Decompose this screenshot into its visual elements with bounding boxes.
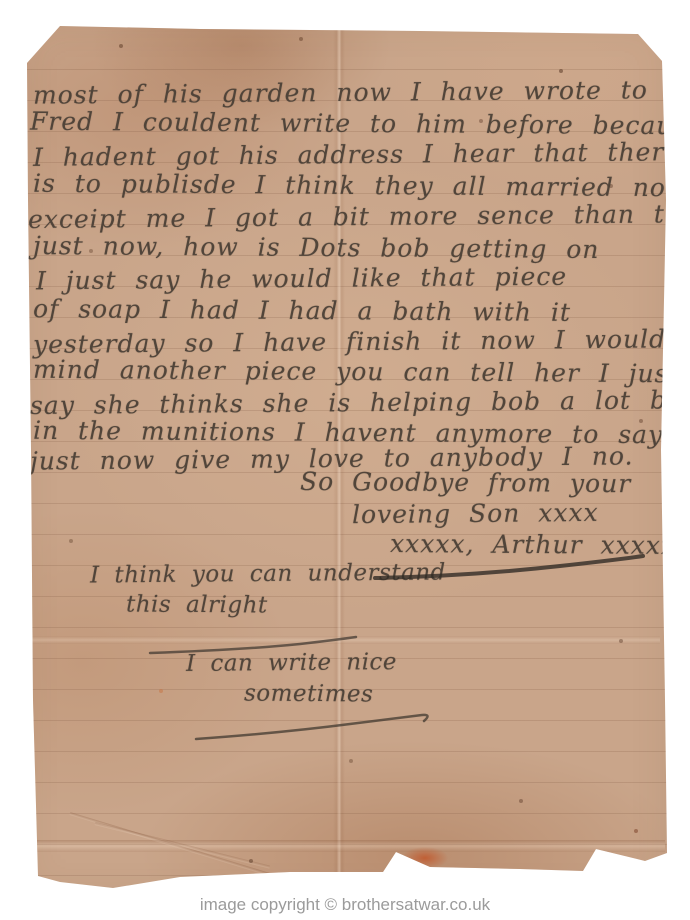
letter-paper: most of his garden now I have wrote to F…	[0, 0, 690, 920]
copyright-caption: image copyright © brothersatwar.co.uk	[200, 895, 490, 915]
signoff-line: So Goodbye from your	[300, 467, 631, 498]
signature-line: xxxxx, Arthur xxxxx	[390, 529, 676, 560]
letter-line: is to publisde I think they all married …	[33, 169, 688, 203]
letter-line: say she thinks she is helping bob a lot …	[30, 385, 690, 420]
letter-line: just now, how is Dots bob getting on	[33, 231, 600, 264]
letter-line: most of his garden now I have wrote to	[33, 75, 648, 109]
letter-line: of soap I had I had a bath with it	[33, 294, 571, 327]
letter-line: exceipt me I got a bit more sence than t…	[28, 199, 690, 234]
note-line: sometimes	[244, 681, 374, 708]
caption-bar: image copyright © brothersatwar.co.uk	[0, 890, 690, 920]
signoff-line: loveing Son xxxx	[352, 498, 599, 529]
rust-stain	[18, 336, 30, 346]
letter-line: I just say he would like that piece	[36, 262, 567, 296]
postscript-line: this alright	[126, 592, 268, 619]
postscript-line: I think you can understand	[90, 559, 446, 588]
rust-stain	[402, 847, 448, 869]
horizontal-fold-crease	[30, 840, 665, 852]
letter-line: mind another piece you can tell her I ju…	[33, 355, 680, 389]
letter-scan: most of his garden now I have wrote to F…	[0, 0, 690, 920]
paper-specks	[0, 0, 2, 2]
letter-line: Fred I couldent write to him before beca…	[30, 107, 690, 141]
letter-line: yesterday so I have finish it now I woul…	[33, 324, 690, 359]
note-line: I can write nice	[186, 649, 397, 677]
horizontal-crease	[30, 636, 660, 644]
letter-line: I hadent got his address I hear that the…	[33, 137, 680, 172]
